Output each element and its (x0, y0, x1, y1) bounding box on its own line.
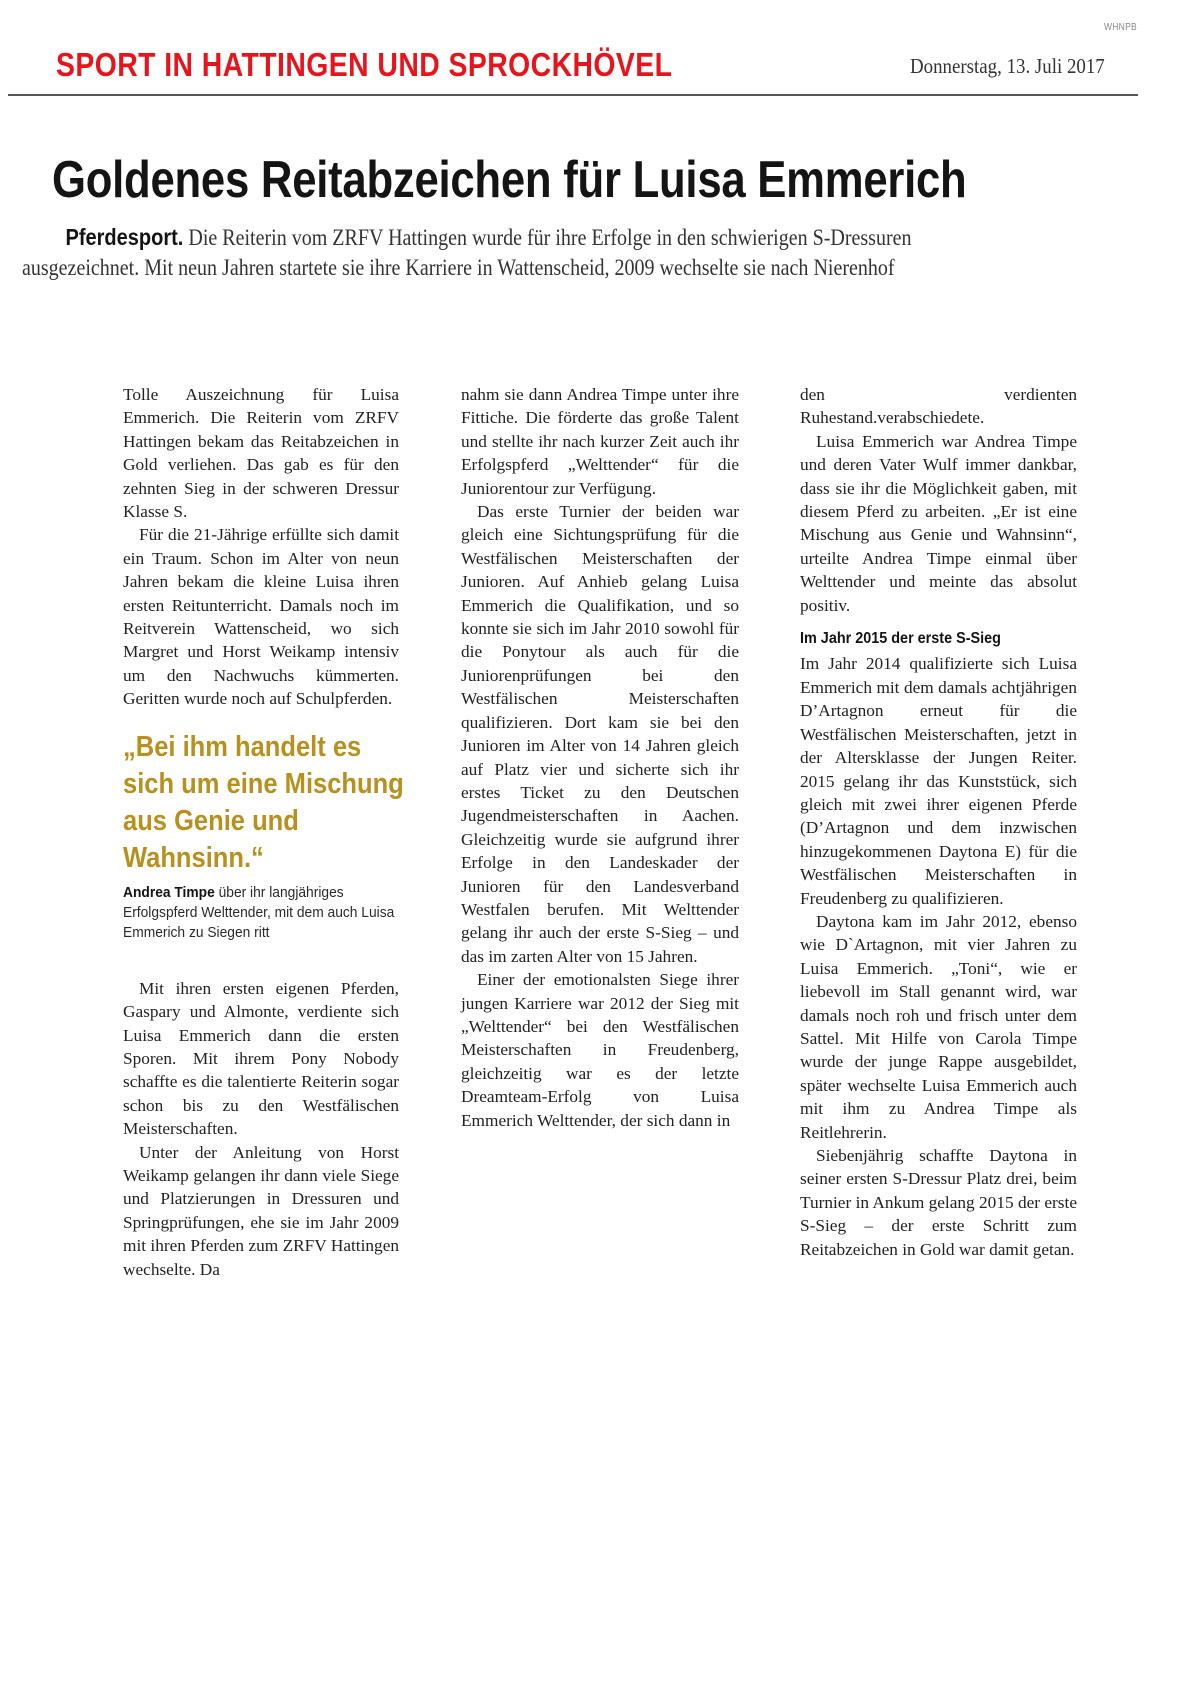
paragraph: Einer der emotionalsten Siege ihrer jung… (461, 968, 739, 1132)
paragraph: Mit ihren ersten eigenen Pferden, Gaspar… (123, 977, 399, 1141)
issue-date: Donnerstag, 13. Juli 2017 (910, 54, 1105, 79)
pull-quote-text: „Bei ihm handelt es sich um eine Mischun… (123, 729, 405, 877)
teaser-kicker: Pferdesport. (66, 224, 184, 250)
pull-quote-speaker: Andrea Timpe (123, 884, 215, 901)
section-title: SPORT IN HATTINGEN UND SPROCKHÖVEL (56, 46, 672, 84)
paragraph: Daytona kam im Jahr 2012, ebenso wie D`A… (800, 910, 1077, 1144)
paragraph: Im Jahr 2014 qualifizierte sich Luisa Em… (800, 652, 1077, 909)
header-rule (8, 94, 1138, 96)
paragraph: Siebenjährig schaffte Daytona in seiner … (800, 1144, 1077, 1261)
pull-quote: „Bei ihm handelt es sich um eine Mischun… (123, 729, 399, 943)
paragraph: den verdienten Ruhestand.verabschiedete. (800, 383, 1077, 430)
paragraph: Luisa Emmerich war Andrea Timpe und dere… (800, 430, 1077, 617)
paragraph: Unter der Anleitung von Horst Weikamp ge… (123, 1141, 399, 1281)
article-column-3: den verdienten Ruhestand.verabschiedete.… (800, 383, 1077, 1261)
page-code: WHNPB (1104, 22, 1137, 33)
article-headline: Goldenes Reitabzeichen für Luisa Emmeric… (52, 150, 966, 210)
subheading: Im Jahr 2015 der erste S-Sieg (800, 627, 1049, 650)
paragraph: Das erste Turnier der beiden war gleich … (461, 500, 739, 968)
paragraph: Tolle Auszeichnung für Luisa Emmerich. D… (123, 383, 399, 523)
paragraph: nahm sie dann Andrea Timpe unter ihre Fi… (461, 383, 739, 500)
article-teaser: Pferdesport. Die Reiterin vom ZRFV Hatti… (22, 222, 1200, 283)
teaser-line-1: Pferdesport. Die Reiterin vom ZRFV Hatti… (22, 222, 1200, 253)
pull-quote-attribution: Andrea Timpe über ihr langjähriges Erfol… (123, 883, 399, 943)
teaser-text-1: Die Reiterin vom ZRFV Hattingen wurde fü… (183, 225, 911, 250)
teaser-line-2: ausgezeichnet. Mit neun Jahren startete … (22, 253, 1200, 283)
article-column-1: Tolle Auszeichnung für Luisa Emmerich. D… (123, 383, 399, 1281)
article-column-2: nahm sie dann Andrea Timpe unter ihre Fi… (461, 383, 739, 1132)
paragraph: Für die 21-Jährige erfüllte sich damit e… (123, 523, 399, 710)
